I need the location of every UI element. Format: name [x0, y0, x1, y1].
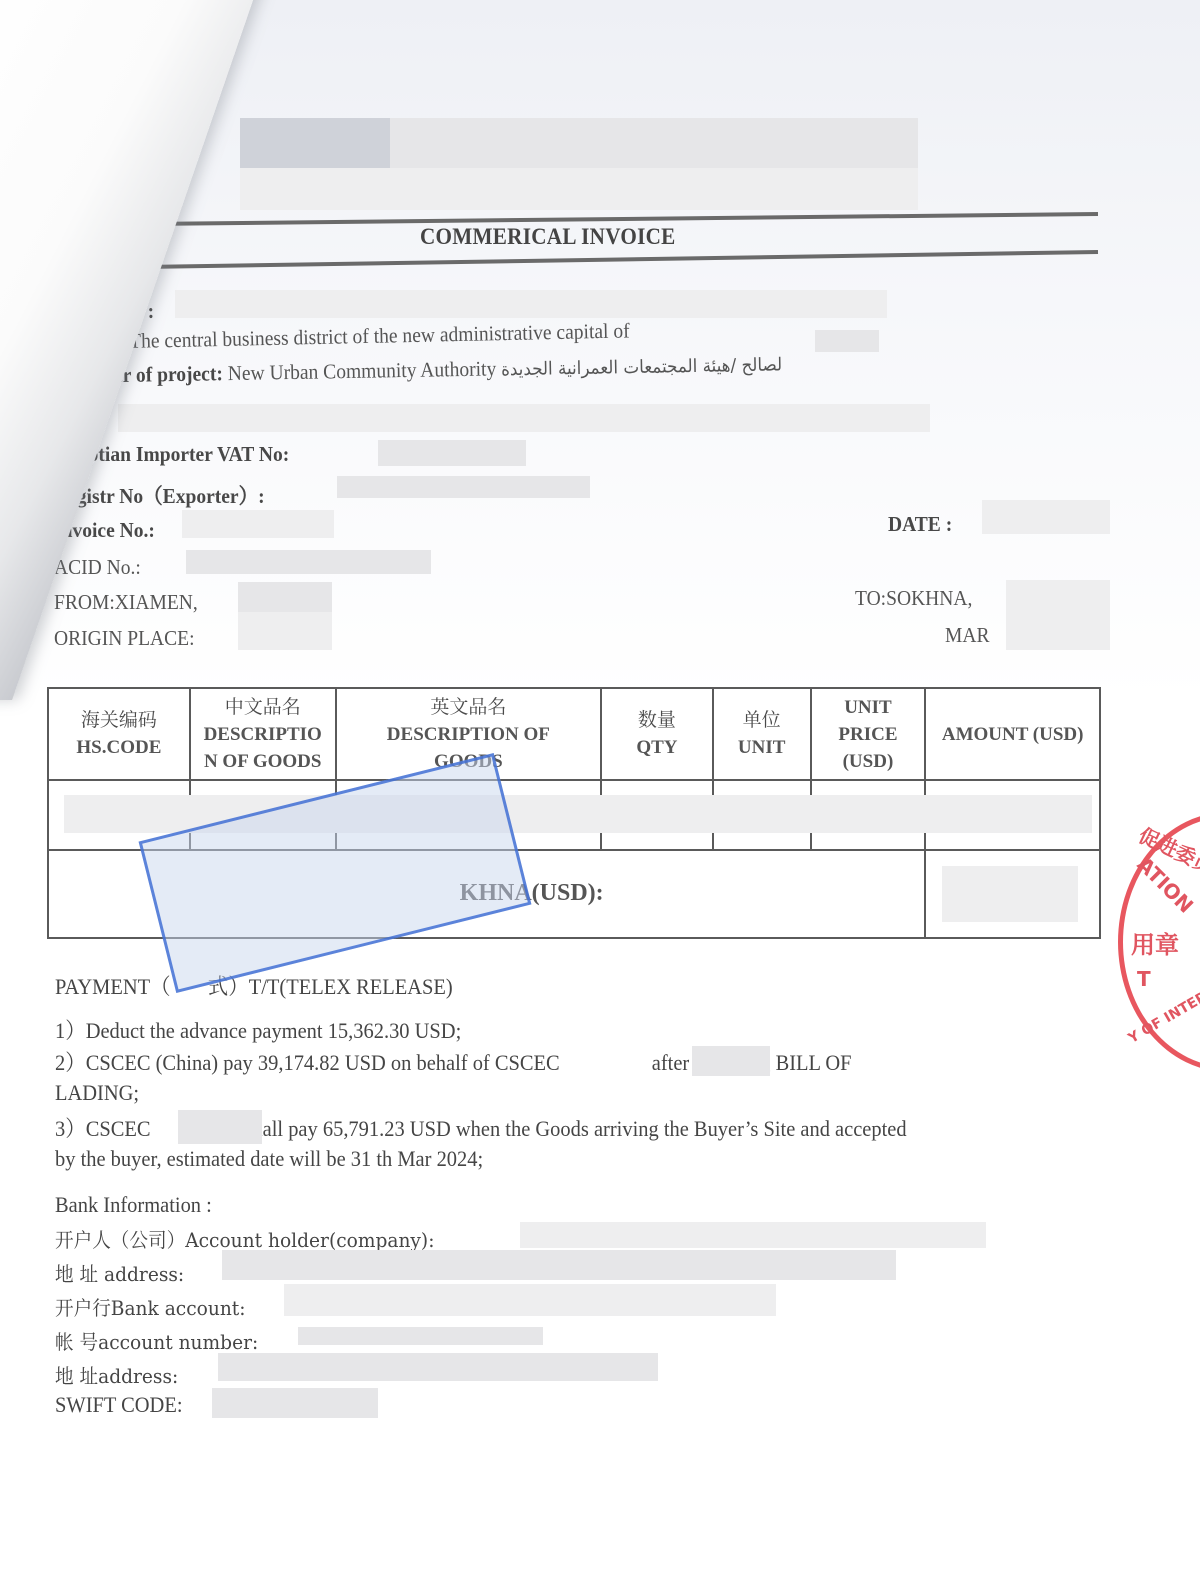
col-hs-code: 海关编码 HS.CODE	[48, 688, 190, 780]
employer-arabic: لصالح /هيئة المجتمعات العمرانية الجديدة	[501, 354, 782, 380]
bank-title: Bank Information :	[55, 1192, 212, 1218]
acid-value-redacted	[186, 550, 431, 574]
mar-label: MAR	[945, 623, 990, 647]
header-rule-bottom	[120, 250, 1098, 269]
company-name-redacted-2	[390, 118, 918, 168]
acid-field: ACID No.:	[54, 555, 141, 580]
origin-value-redacted	[238, 612, 332, 650]
date-value-redacted	[982, 500, 1110, 534]
payment-party-redacted-2	[178, 1110, 262, 1144]
col-unit-price: UNIT PRICE (USD)	[811, 688, 926, 780]
acid-label: ACID No.:	[54, 555, 141, 579]
address-value-redacted	[118, 404, 930, 432]
project-value: The central business district of the new…	[129, 318, 630, 352]
from-value-redacted	[238, 582, 332, 612]
from-label: FROM:XIAMEN,	[54, 590, 198, 614]
mar-field: MAR	[945, 623, 990, 648]
date-field: DATE :	[888, 512, 952, 537]
bank-account-redacted	[284, 1284, 776, 1316]
payment-party-redacted-1	[692, 1046, 770, 1076]
col-qty: 数量 QTY	[601, 688, 713, 780]
total-amount-redacted	[942, 866, 1078, 922]
invoice-value-redacted	[182, 510, 334, 538]
bank-address2-redacted	[218, 1353, 658, 1381]
origin-field: ORIGIN PLACE:	[54, 626, 195, 651]
project-field: oject: The central business district of …	[78, 318, 630, 355]
from-field: FROM:XIAMEN,	[54, 590, 198, 615]
payment-item-1: 1）Deduct the advance payment 15,362.30 U…	[55, 1014, 461, 1045]
account-number-redacted	[298, 1327, 543, 1345]
bank-address2-label: 地 址address:	[55, 1360, 178, 1389]
project-country-redacted	[815, 330, 879, 352]
company-name-redacted	[240, 118, 390, 168]
table-header-row: 海关编码 HS.CODE 中文品名 DESCRIPTIO N OF GOODS …	[48, 688, 1100, 780]
registr-label: Registr No（Exporter）:	[54, 484, 265, 508]
bank-address1-label: 地 址 address:	[55, 1258, 184, 1287]
bank-account-label: 开户行Bank account:	[55, 1292, 246, 1321]
col-unit: 单位 UNIT	[713, 688, 811, 780]
date-label: DATE :	[888, 512, 952, 536]
registr-value-redacted	[337, 476, 590, 498]
col-amount: AMOUNT (USD)	[925, 688, 1100, 780]
employer-field: mployer of project: New Urban Community …	[62, 351, 783, 389]
to-value-redacted	[1006, 580, 1110, 650]
document-title: COMMERICAL INVOICE	[420, 224, 676, 250]
to-field: TO:SOKHNA,	[855, 586, 972, 611]
payment-item-3-cont: by the buyer, estimated date will be 31 …	[55, 1146, 483, 1172]
vat-value-redacted	[378, 440, 526, 466]
bank-holder-label: 开户人（公司）Account holder(company):	[55, 1224, 434, 1253]
payment-title: PAYMENT（式）T/T(TELEX RELEASE)	[55, 970, 453, 1001]
col-description-cn: 中文品名 DESCRIPTIO N OF GOODS	[190, 688, 336, 780]
invoice-page: Tel: 0086- COMMERICAL INVOICE YER: : oje…	[0, 0, 1200, 1577]
red-seal-stamp: 促进委员 ATION 用章 T Y OF INTERN	[1118, 812, 1200, 1072]
payment-item-2-cont: LADING;	[55, 1080, 139, 1106]
swift-code-redacted	[212, 1388, 378, 1418]
account-number-label: 帐 号account number:	[55, 1326, 258, 1355]
to-label: TO:SOKHNA,	[855, 586, 972, 610]
origin-label: ORIGIN PLACE:	[54, 626, 195, 650]
buyer-value-redacted	[175, 290, 887, 318]
swift-code-label: SWIFT CODE:	[55, 1392, 183, 1418]
employer-value: New Urban Community Authority	[228, 356, 497, 385]
company-address-redacted	[240, 168, 918, 210]
bank-holder-redacted	[520, 1222, 986, 1248]
bank-address1-redacted	[222, 1250, 896, 1280]
